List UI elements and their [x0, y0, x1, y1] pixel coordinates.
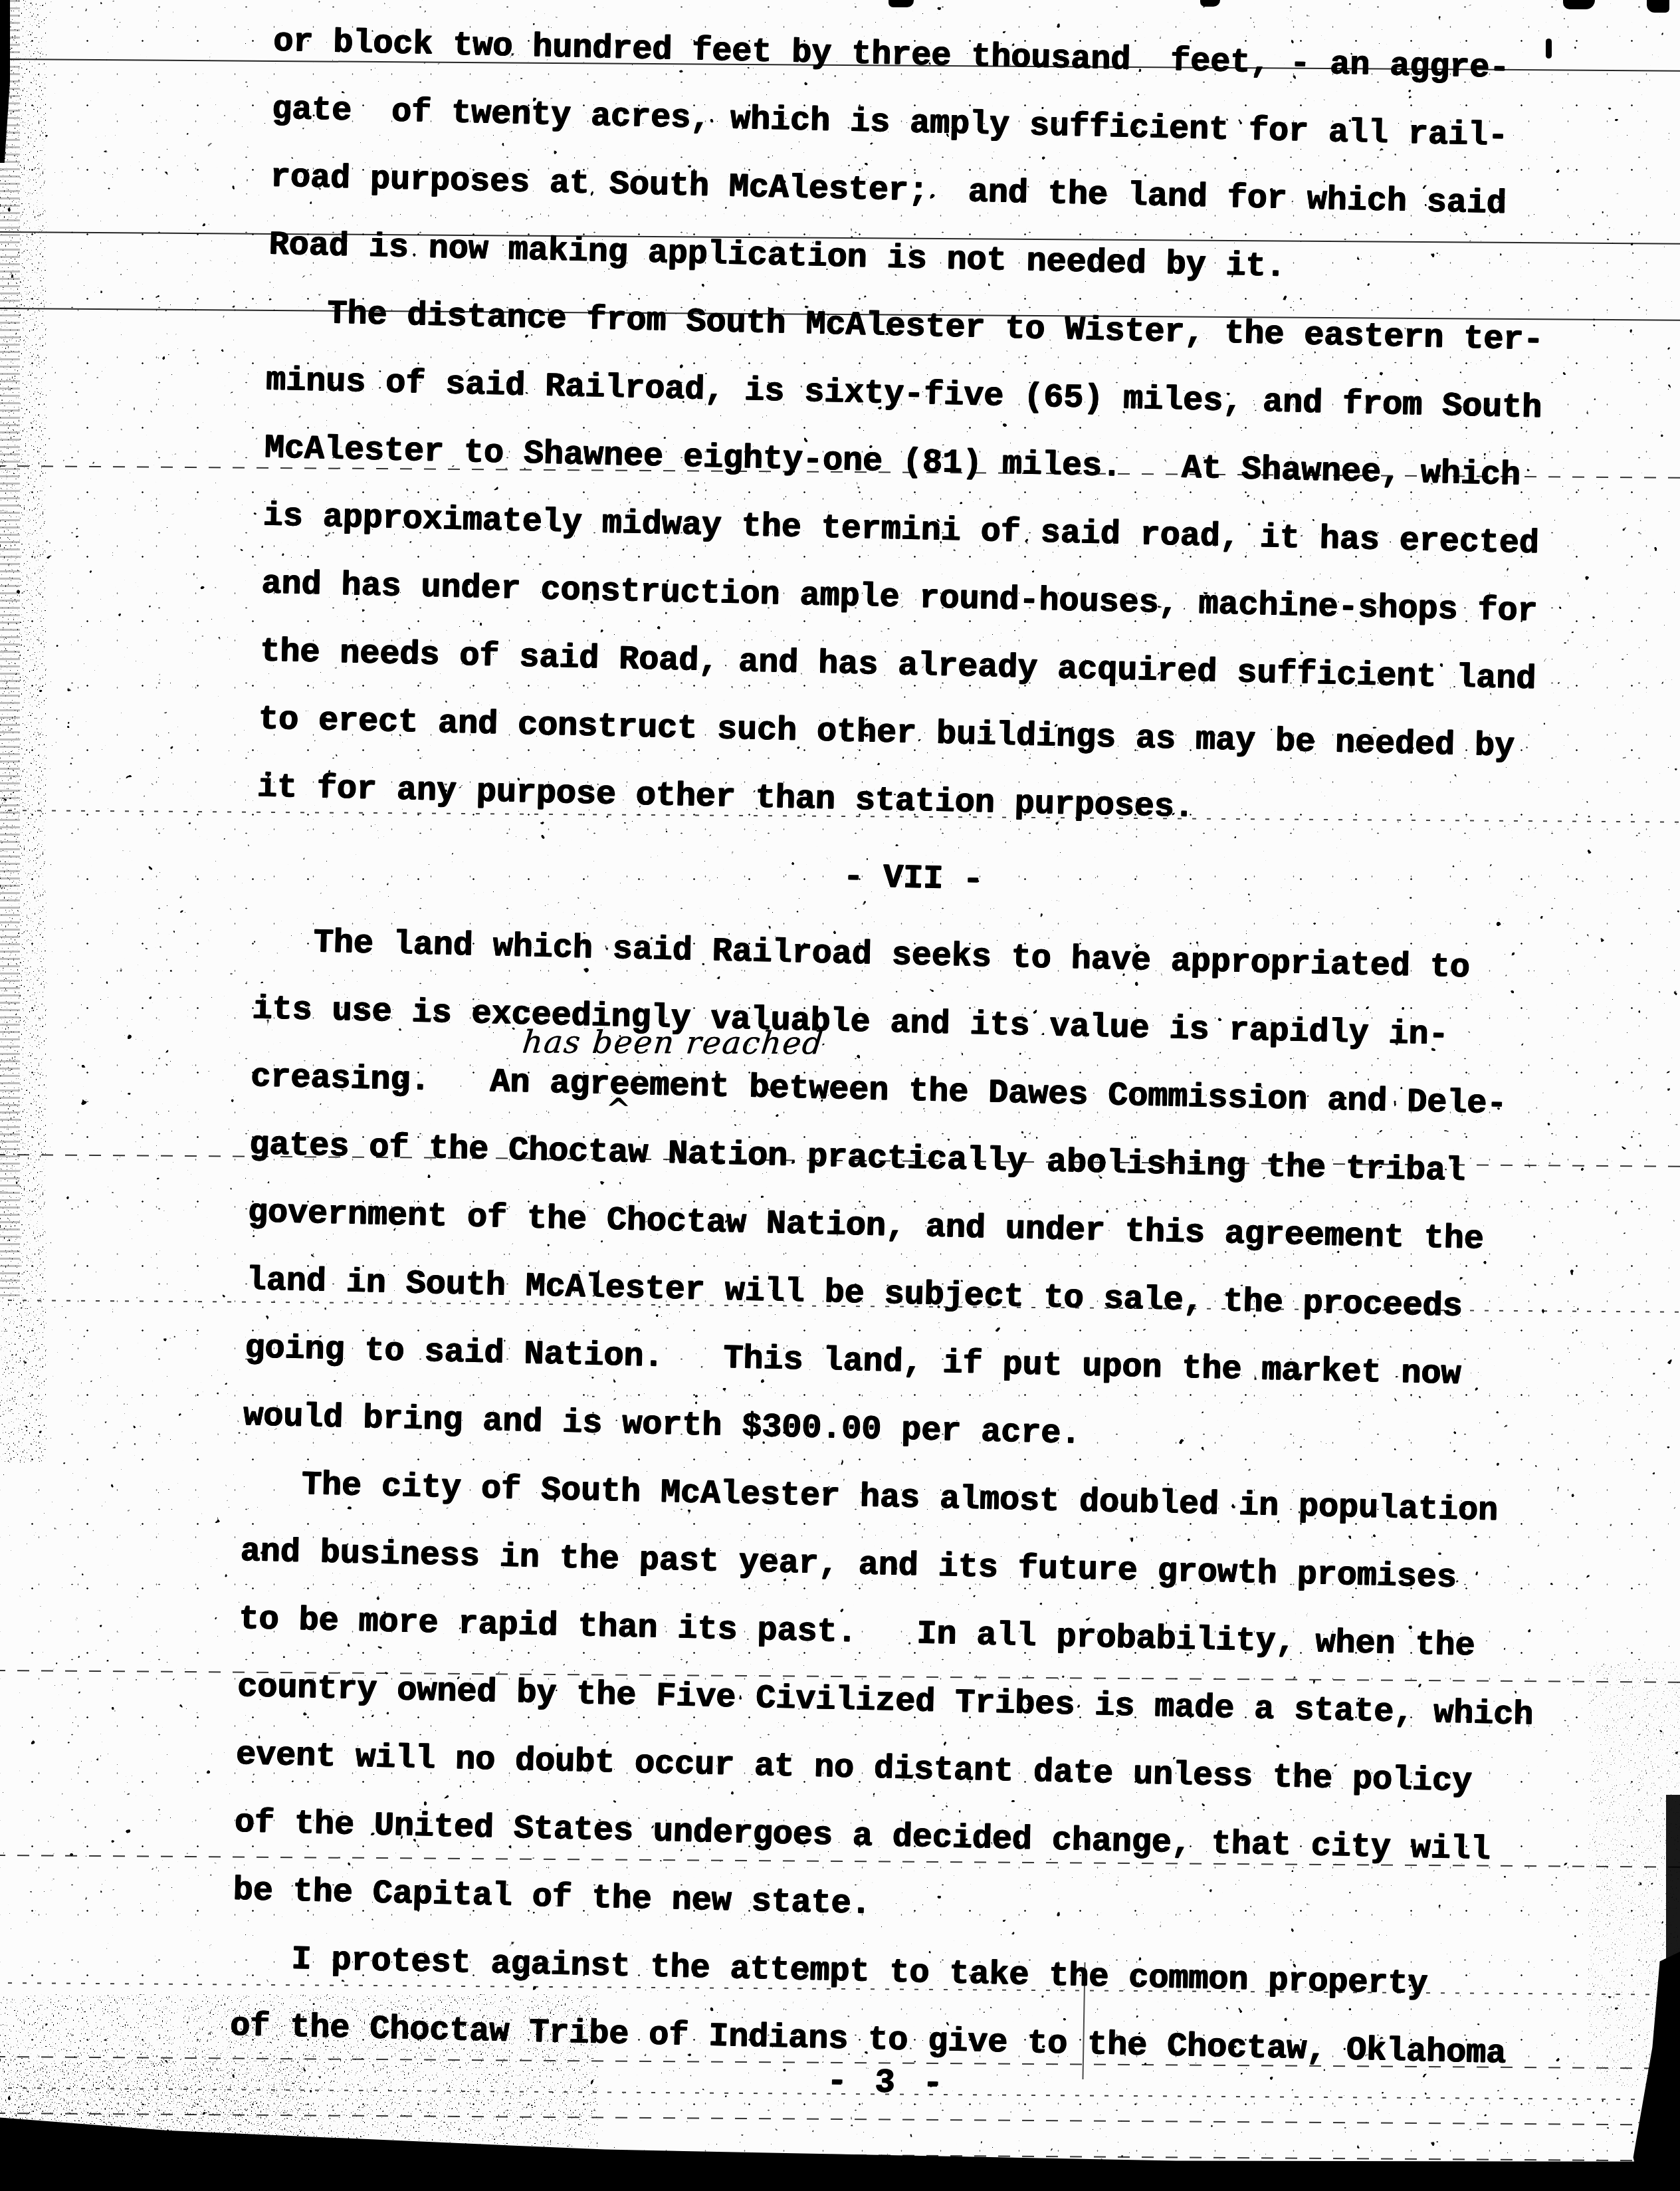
scan-cutoff-text-fragment [1563, 0, 1595, 9]
scan-cutoff-text-fragment [1200, 0, 1220, 7]
insertion-caret-mark: ^ [605, 1091, 631, 1127]
scan-cutoff-text-fragment [1647, 0, 1669, 13]
scan-edge-bar-right [1666, 1795, 1680, 1961]
scan-line-artifact [0, 2113, 1680, 2126]
scan-left-edge-noise [0, 0, 20, 1296]
handwritten-annotation: has been reached [520, 1024, 825, 1062]
scan-shadow-bottom [0, 2105, 1680, 2191]
scan-shadow-bottom-right [1627, 1952, 1680, 2191]
typewritten-text-block: or block two hundred feet by three thous… [229, 8, 1590, 2089]
scan-cutoff-text-fragment [889, 0, 914, 7]
scanned-document-page: or block two hundred feet by three thous… [0, 0, 1680, 2191]
